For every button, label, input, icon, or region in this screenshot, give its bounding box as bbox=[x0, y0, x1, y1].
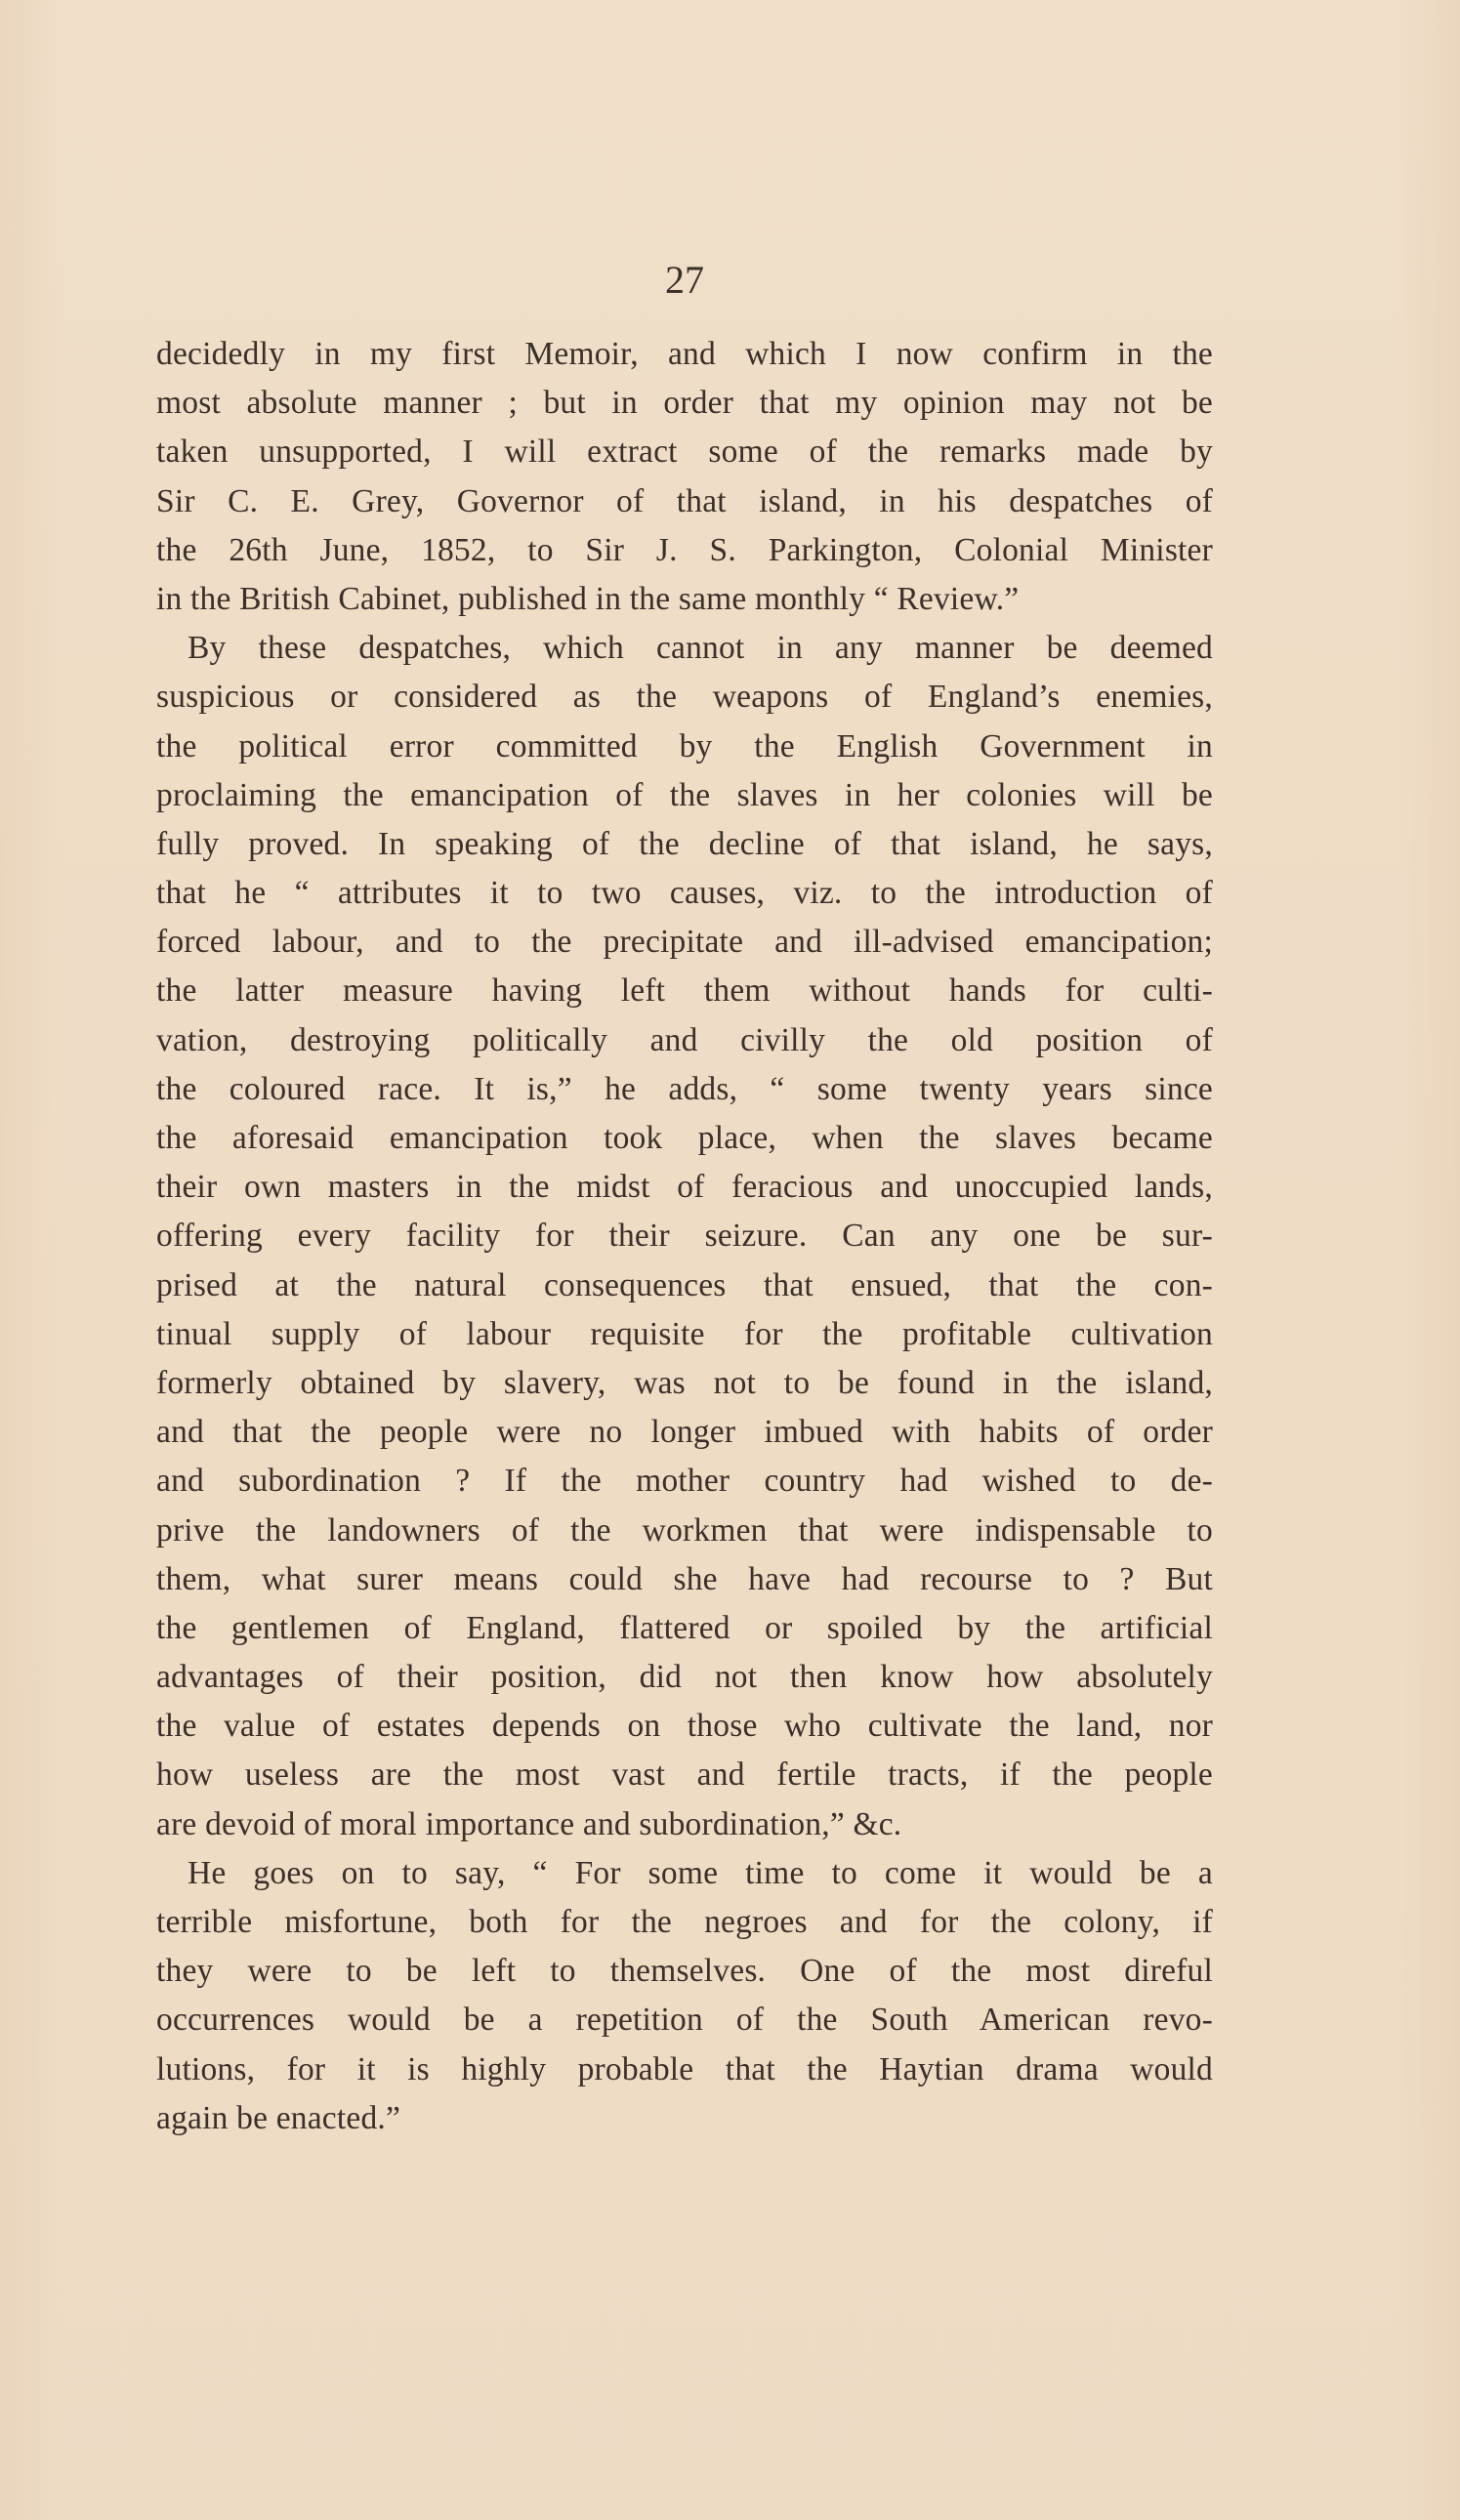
text-line: tinual supply of labour requisite for th… bbox=[156, 1310, 1213, 1359]
text-line: offering every facility for their seizur… bbox=[156, 1212, 1213, 1260]
text-line: are devoid of moral importance and subor… bbox=[156, 1800, 1213, 1849]
text-line: taken unsupported, I will extract some o… bbox=[156, 428, 1213, 476]
text-line: the gentlemen of England, flattered or s… bbox=[156, 1604, 1213, 1653]
text-line: the value of estates depends on those wh… bbox=[156, 1702, 1213, 1751]
text-line: the latter measure having left them with… bbox=[156, 967, 1213, 1015]
paragraph-2: By these despatches, which cannot in any… bbox=[156, 624, 1213, 1849]
text-line: the political error committed by the Eng… bbox=[156, 723, 1213, 771]
text-line: and that the people were no longer imbue… bbox=[156, 1408, 1213, 1457]
text-line: they were to be left to themselves. One … bbox=[156, 1947, 1213, 1996]
text-line: fully proved. In speaking of the decline… bbox=[156, 820, 1213, 869]
text-line: He goes on to say, “ For some time to co… bbox=[156, 1849, 1213, 1898]
text-line: their own masters in the midst of feraci… bbox=[156, 1163, 1213, 1212]
text-line: and subordination ? If the mother countr… bbox=[156, 1457, 1213, 1506]
page-number: 27 bbox=[156, 256, 1213, 305]
text-line: that he “ attributes it to two causes, v… bbox=[156, 869, 1213, 918]
text-line: the coloured race. It is,” he adds, “ so… bbox=[156, 1065, 1213, 1114]
text-line: decidedly in my first Memoir, and which … bbox=[156, 330, 1213, 379]
text-line: the 26th June, 1852, to Sir J. S. Parkin… bbox=[156, 526, 1213, 575]
text-line: prive the landowners of the workmen that… bbox=[156, 1507, 1213, 1555]
body-text: decidedly in my first Memoir, and which … bbox=[156, 330, 1213, 2143]
text-line: proclaiming the emancipation of the slav… bbox=[156, 771, 1213, 820]
text-line: lutions, for it is highly probable that … bbox=[156, 2045, 1213, 2094]
text-line: vation, destroying politically and civil… bbox=[156, 1016, 1213, 1065]
text-line: forced labour, and to the precipitate an… bbox=[156, 918, 1213, 967]
text-line: how useless are the most vast and fertil… bbox=[156, 1751, 1213, 1799]
text-line: Sir C. E. Grey, Governor of that island,… bbox=[156, 477, 1213, 526]
text-line: the aforesaid emancipation took place, w… bbox=[156, 1114, 1213, 1163]
text-line: prised at the natural consequences that … bbox=[156, 1261, 1213, 1310]
text-line: them, what surer means could she have ha… bbox=[156, 1555, 1213, 1604]
paragraph-3: He goes on to say, “ For some time to co… bbox=[156, 1849, 1213, 2143]
text-line: formerly obtained by slavery, was not to… bbox=[156, 1359, 1213, 1408]
text-line: occurrences would be a repetition of the… bbox=[156, 1996, 1213, 2045]
text-line: most absolute manner ; but in order that… bbox=[156, 379, 1213, 428]
text-line: in the British Cabinet, published in the… bbox=[156, 575, 1213, 624]
text-line: By these despatches, which cannot in any… bbox=[156, 624, 1213, 673]
text-line: suspicious or considered as the weapons … bbox=[156, 673, 1213, 722]
text-line: again be enacted.” bbox=[156, 2094, 1213, 2143]
paragraph-1: decidedly in my first Memoir, and which … bbox=[156, 330, 1213, 624]
text-line: advantages of their position, did not th… bbox=[156, 1653, 1213, 1702]
text-line: terrible misfortune, both for the negroe… bbox=[156, 1898, 1213, 1947]
